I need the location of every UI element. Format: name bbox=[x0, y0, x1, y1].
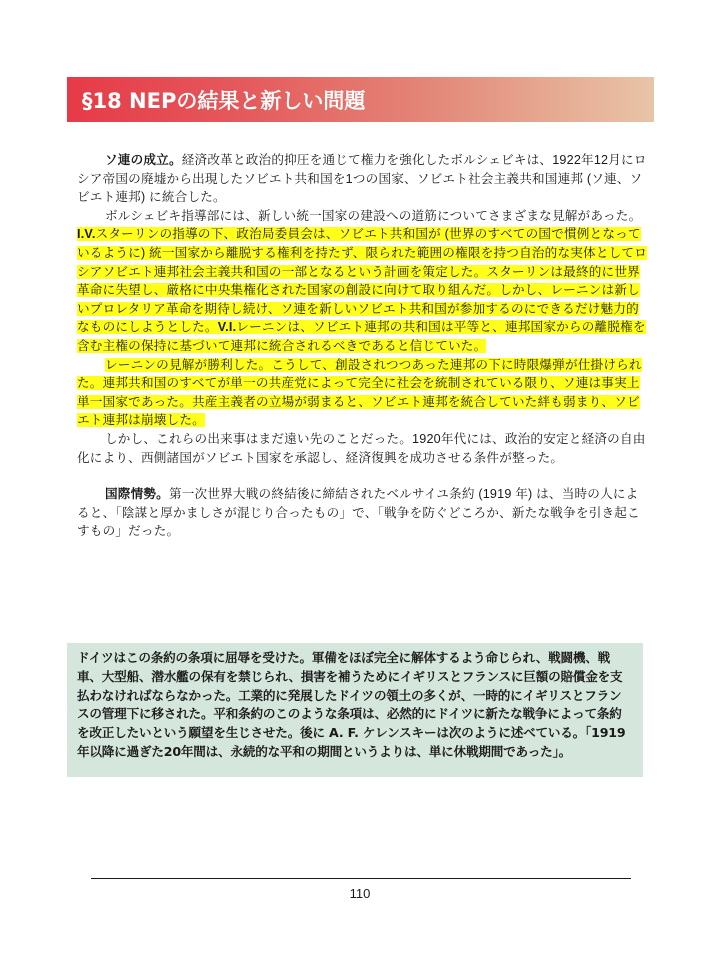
paragraph-bolshevik-views: ボルシェビキ指導部には、新しい統一国家の建設への道筋についてさまざまな見解があっ… bbox=[77, 207, 647, 356]
paragraph-soviet-formation: ソ連の成立。経済改革と政治的抑圧を通じて権力を強化したボルシェビキは、1922年… bbox=[77, 151, 647, 207]
paragraph-gap bbox=[77, 467, 647, 485]
section-title: §18 NEPの結果と新しい問題 bbox=[82, 85, 365, 115]
highlighted-text-stalin-plan: スターリンの指導の下、政治局委員会は、ソビエト共和国が (世界のすべての国で慣例… bbox=[77, 227, 647, 334]
lead-heading-international: 国際情勢。 bbox=[105, 487, 169, 501]
paragraph-international-situation: 国際情勢。第一次世界大戦の終結後に締結されたベルサイユ条約 (1919 年) は… bbox=[77, 485, 647, 541]
paragraph-lenin-victory: レーニンの見解が勝利した。こうして、創設されつつあった連邦の下に時限爆弾が仕掛け… bbox=[77, 356, 647, 430]
callout-box-germany: ドイツはこの条約の条項に屈辱を受けた。軍備をほぼ完全に解体するよう命じられ、戦闘… bbox=[67, 643, 643, 777]
lead-heading-soviet-formation: ソ連の成立。 bbox=[105, 153, 182, 167]
main-body-text: ソ連の成立。経済改革と政治的抑圧を通じて権力を強化したボルシェビキは、1922年… bbox=[77, 151, 647, 541]
highlighted-text-time-bomb: レーニンの見解が勝利した。こうして、創設されつつあった連邦の下に時限爆弾が仕掛け… bbox=[77, 358, 642, 428]
highlighted-initials-stalin: I.V. bbox=[77, 227, 96, 241]
callout-text: ドイツはこの条約の条項に屈辱を受けた。軍備をほぼ完全に解体するよう命じられ、戦闘… bbox=[77, 650, 625, 759]
section-header-banner: §18 NEPの結果と新しい問題 bbox=[67, 77, 654, 122]
page-number: 110 bbox=[0, 886, 720, 901]
paragraph-1920s: しかし、これらの出来事はまだ遠い先のことだった。1920年代には、政治的安定と経… bbox=[77, 430, 647, 467]
paragraph-text-plain: ボルシェビキ指導部には、新しい統一国家の建設への道筋についてさまざまな見解があっ… bbox=[105, 209, 641, 223]
highlighted-initials-lenin: V.I. bbox=[218, 320, 237, 334]
footer-divider bbox=[91, 878, 631, 879]
paragraph-text: しかし、これらの出来事はまだ遠い先のことだった。1920年代には、政治的安定と経… bbox=[77, 432, 646, 465]
